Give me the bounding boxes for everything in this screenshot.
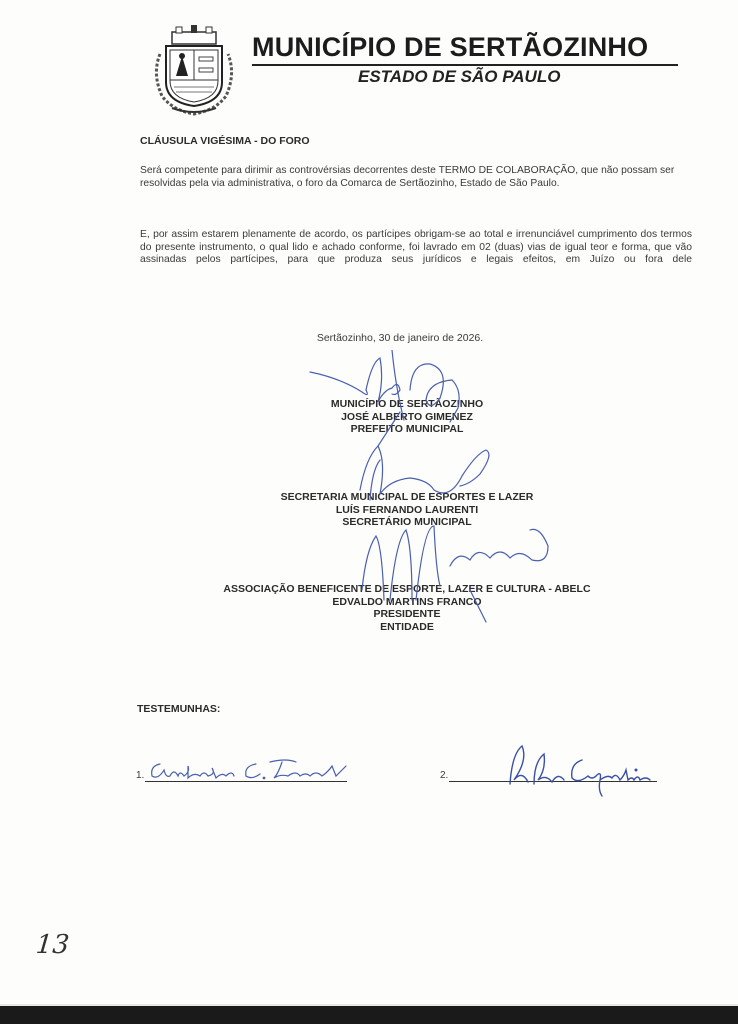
signatory-name: JOSÉ ALBERTO GIMENEZ — [7, 411, 738, 424]
signatory-entity: MUNICÍPIO DE SERTÃOZINHO — [7, 398, 738, 411]
witness-1-number: 1. — [136, 770, 144, 781]
title-underline — [252, 64, 678, 66]
signatory-role: PRESIDENTE — [7, 608, 738, 621]
signatory-entity: SECRETARIA MUNICIPAL DE ESPORTES E LAZER — [7, 491, 738, 504]
page-title: MUNICÍPIO DE SERTÃOZINHO — [252, 32, 648, 63]
witness-1-signature — [146, 752, 351, 782]
signatory-role: PREFEITO MUNICIPAL — [7, 423, 738, 436]
clause-heading: CLÁUSULA VIGÉSIMA - DO FORO — [140, 135, 310, 147]
signatory-role: SECRETÁRIO MUNICIPAL — [7, 516, 738, 529]
signatory-block-association: ASSOCIAÇÃO BENEFICENTE DE ESPORTE, LAZER… — [7, 583, 738, 633]
closing-paragraph: E, por assim estarem plenamente de acord… — [140, 229, 692, 279]
witness-2-signature — [500, 740, 665, 798]
witness-1-signature-line — [145, 781, 347, 782]
signatory-block-municipality: MUNICÍPIO DE SERTÃOZINHO JOSÉ ALBERTO GI… — [7, 398, 738, 436]
clause-paragraph: Será competente para dirimir as contrové… — [140, 165, 692, 190]
place-date: Sertãozinho, 30 de janeiro de 2026. — [31, 332, 738, 344]
witness-2-signature-line — [449, 781, 657, 782]
signatory-name: LUÍS FERNANDO LAURENTI — [7, 504, 738, 517]
handwritten-page-number: 13 — [35, 930, 71, 960]
signatory-block-secretariat: SECRETARIA MUNICIPAL DE ESPORTES E LAZER… — [7, 491, 738, 529]
signatory-name: EDVALDO MARTINS FRANCO — [7, 596, 738, 609]
witnesses-heading: TESTEMUNHAS: — [137, 703, 220, 715]
municipal-coat-of-arms-icon — [150, 24, 238, 118]
signatory-extra: ENTIDADE — [7, 621, 738, 634]
witness-2-number: 2. — [440, 770, 448, 781]
scan-bottom-edge — [0, 1006, 738, 1024]
page-subtitle: ESTADO DE SÃO PAULO — [358, 67, 560, 87]
signatory-entity: ASSOCIAÇÃO BENEFICENTE DE ESPORTE, LAZER… — [7, 583, 738, 596]
